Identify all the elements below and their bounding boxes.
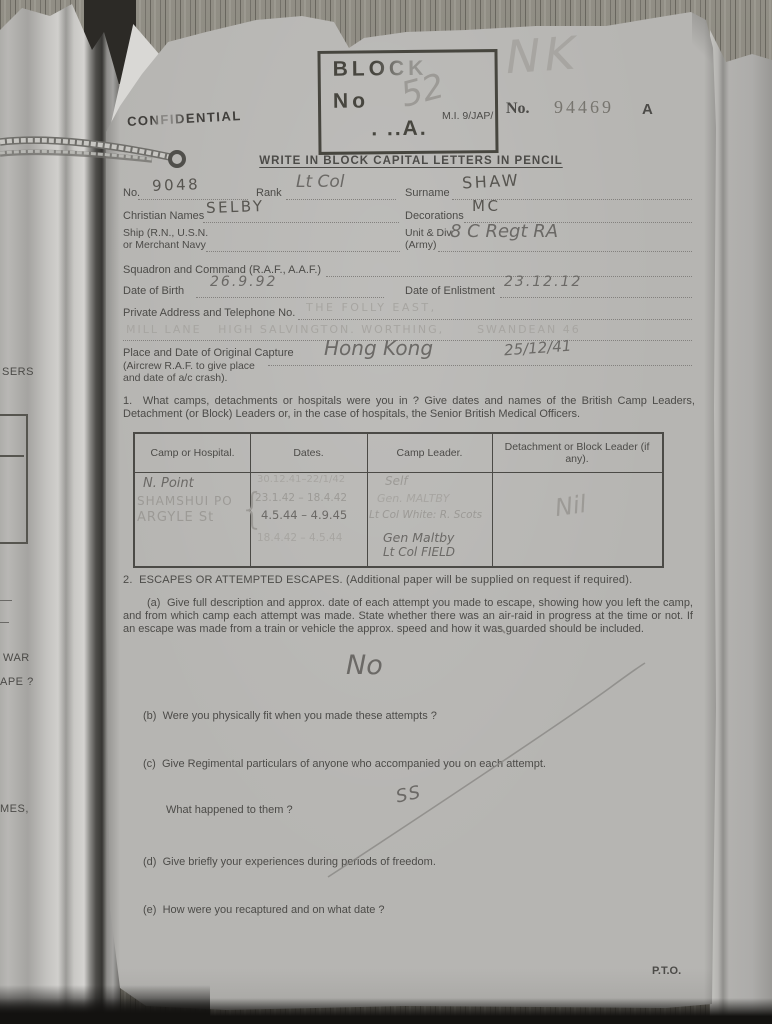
binding-string bbox=[0, 118, 210, 190]
underlying-page-rule bbox=[0, 600, 12, 601]
scanned-pow-liberation-questionnaire: SERS WAR APE ? MES, BLOCK No 52 . ..A. N… bbox=[0, 0, 772, 1024]
underlying-page-table-fragment bbox=[0, 414, 28, 544]
underlying-page-rule bbox=[0, 622, 9, 623]
bottom-shadow bbox=[0, 998, 772, 1024]
underlying-page-fragment: SERS bbox=[2, 366, 34, 378]
eyelet-hole bbox=[170, 152, 184, 166]
underlying-page-fragment: APE ? bbox=[0, 676, 34, 688]
underlying-page-fragment: WAR bbox=[3, 652, 30, 664]
underlying-page-table-line bbox=[0, 455, 24, 457]
underlying-page-fragment: MES, bbox=[0, 803, 29, 815]
paper-stack-right bbox=[710, 0, 772, 1024]
